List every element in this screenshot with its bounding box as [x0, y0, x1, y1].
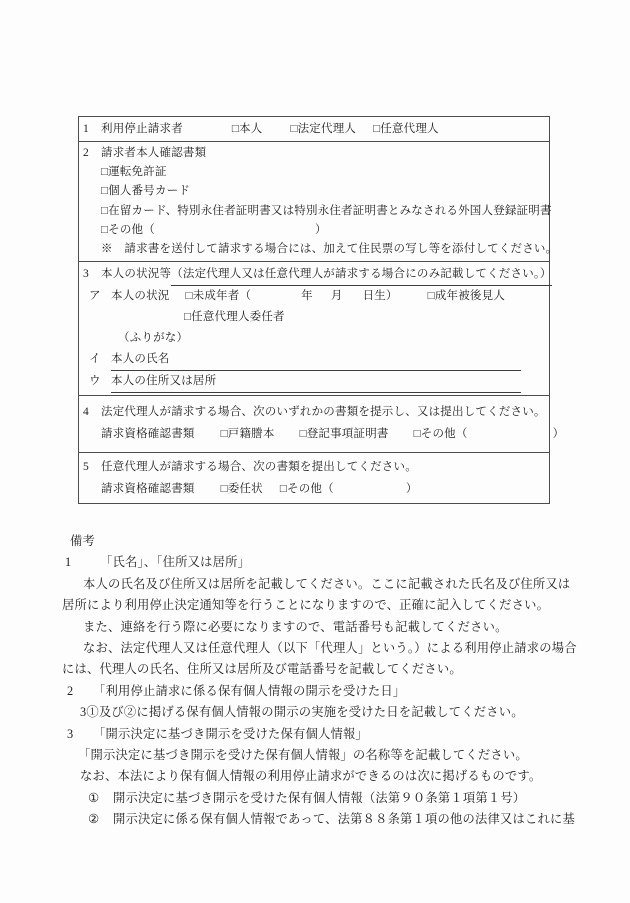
birth-day-label: 日生） [363, 290, 398, 302]
checkbox-mynumber-card: □個人番号カード [79, 182, 546, 201]
circled-number-2: ② [88, 809, 113, 830]
remark2-text-line: 3①及び②に掲げる保有個人情報の開示の実施を受けた日を記載してください。 [62, 702, 582, 723]
remark1-text-line: 本人の氏名及び住所又は居所を記載してください。ここに記載された氏名及び住所又は [62, 574, 582, 595]
remark3-title: 「開示決定に基づき開示を受けた保有個人情報」 [93, 727, 368, 741]
remark3-text-line: なお、本法により保有個人情報の利用停止請求ができるのは次に掲げるものです。 [62, 766, 582, 787]
remark1-title: 「氏名」、「住所又は居所」 [100, 555, 250, 569]
principal-name-label: 本人の氏名 [111, 353, 170, 365]
row-number: 2 [79, 144, 101, 163]
remark1-text-line: なお、法定代理人又は任意代理人（以下「代理人」という。）による利用停止請求の場合 [62, 638, 582, 659]
checkbox-minor-open: □未成年者（ [186, 290, 252, 302]
checkbox-voluntary-representative: □任意代理人 [373, 123, 439, 135]
table-row-requester: 1利用停止請求者□本人□法定代理人□任意代理人 [79, 117, 549, 141]
qualification-docs-label: 請求資格確認書類 [101, 428, 195, 440]
principal-status-title-note: （法定代理人又は任意代理人が請求する場合にのみ記載してください。） [171, 264, 551, 286]
checkbox-other-open: □その他（ [280, 483, 334, 495]
checkbox-residence-card: □在留カード、特別永住者証明書又は特別永住者証明書とみなされる外国人登録証明書 [79, 202, 546, 221]
checkbox-other-open: □その他（ [414, 428, 468, 440]
qualification-docs-label: 請求資格確認書類 [101, 483, 195, 495]
mailing-note: ※ 請求書を送付して請求する場合には、加えて住民票の写し等を添付してください。 [79, 240, 546, 259]
birth-month-label: 月 [331, 290, 343, 302]
document-page: 1利用停止請求者□本人□法定代理人□任意代理人 2請求者本人確認書類 □運転免許… [0, 0, 630, 903]
other-close-paren: ） [553, 428, 565, 440]
table-row-identity-documents: 2請求者本人確認書類 □運転免許証 □個人番号カード □在留カード、特別永住者証… [79, 141, 549, 261]
checkbox-voluntary-agent-delegator: □任意代理人委任者 [79, 307, 546, 328]
birth-year-label: 年 [301, 290, 313, 302]
remarks-section: 備考 1「氏名」、「住所又は居所」 本人の氏名及び住所又は居所を記載してください… [62, 531, 582, 830]
other-close-paren: ） [406, 483, 418, 495]
identity-documents-title: 請求者本人確認書類 [101, 147, 206, 159]
row-number: 5 [79, 456, 101, 478]
voluntary-rep-instruction: 任意代理人が請求する場合、次の書類を提出してください。 [101, 461, 417, 473]
remark3-subitem-text: 開示決定に基づき開示を受けた保有個人情報（法第９０条第１項第１号） [113, 791, 525, 805]
checkbox-adult-ward: □成年被後見人 [428, 290, 505, 302]
principal-address-label: 本人の住所又は居所 [111, 375, 216, 387]
circled-number-1: ① [88, 788, 113, 809]
table-row-legal-rep-documents: 4法定代理人が請求する場合、次のいずれかの書類を提示し、又は提出してください。 … [79, 395, 549, 452]
remark1-text-line: には、代理人の氏名、住所又は居所及び電話番号を記載してください。 [62, 659, 582, 680]
checkbox-power-of-attorney: □委任状 [221, 483, 263, 495]
other-close-paren: ） [315, 224, 327, 236]
checkbox-legal-representative: □法定代理人 [290, 123, 356, 135]
furigana-label: （ふりがな） [79, 328, 546, 349]
remarks-heading: 備考 [62, 531, 582, 552]
row-number: 4 [79, 401, 101, 423]
row-number: 1 [79, 119, 101, 139]
request-form-table: 1利用停止請求者□本人□法定代理人□任意代理人 2請求者本人確認書類 □運転免許… [78, 116, 550, 504]
remark-item-number: 1 [62, 552, 100, 573]
row-number: 3 [79, 264, 101, 285]
item-kana-u: ウ [79, 371, 111, 392]
checkbox-other-open: □その他（ [101, 224, 155, 236]
checkbox-self: □本人 [232, 123, 263, 135]
principal-status-label: 本人の状況 [111, 290, 170, 302]
checkbox-registration-certificate: □登記事項証明書 [300, 428, 389, 440]
remark1-text-line: また、連絡を行う際に必要になりますので、電話番号も記載してください。 [62, 617, 582, 638]
principal-address-fill-line: 本人の住所又は居所 [111, 371, 521, 393]
item-kana-i: イ [79, 349, 111, 370]
remark2-title: 「利用停止請求に係る保有個人情報の開示を受けた日」 [93, 684, 405, 698]
checkbox-drivers-license: □運転免許証 [79, 163, 546, 182]
remark3-text-line: 「開示決定に基づき開示を受けた保有個人情報」の名称等を記載してください。 [62, 745, 582, 766]
remark3-subitem-text: 開示決定に係る保有個人情報であって、法第８８条第１項の他の法律又はこれに基 [113, 812, 575, 826]
principal-status-title: 本人の状況等 [101, 268, 171, 280]
requester-label: 利用停止請求者 [101, 123, 183, 135]
remark1-text-line: 居所により利用停止決定通知等を行うことになりますので、正確に記入してください。 [62, 595, 582, 616]
legal-rep-instruction: 法定代理人が請求する場合、次のいずれかの書類を提示し、又は提出してください。 [101, 406, 546, 418]
table-row-principal-status: 3本人の状況等（法定代理人又は任意代理人が請求する場合にのみ記載してください。）… [79, 261, 549, 395]
item-kana-a: ア [79, 286, 111, 307]
principal-name-fill-line: 本人の氏名 [111, 349, 521, 371]
checkbox-family-register: □戸籍謄本 [221, 428, 275, 440]
remark-item-number: 3 [62, 724, 93, 745]
remark-item-number: 2 [62, 681, 93, 702]
table-row-voluntary-rep-documents: 5任意代理人が請求する場合、次の書類を提出してください。 請求資格確認書類□委任… [79, 452, 549, 503]
